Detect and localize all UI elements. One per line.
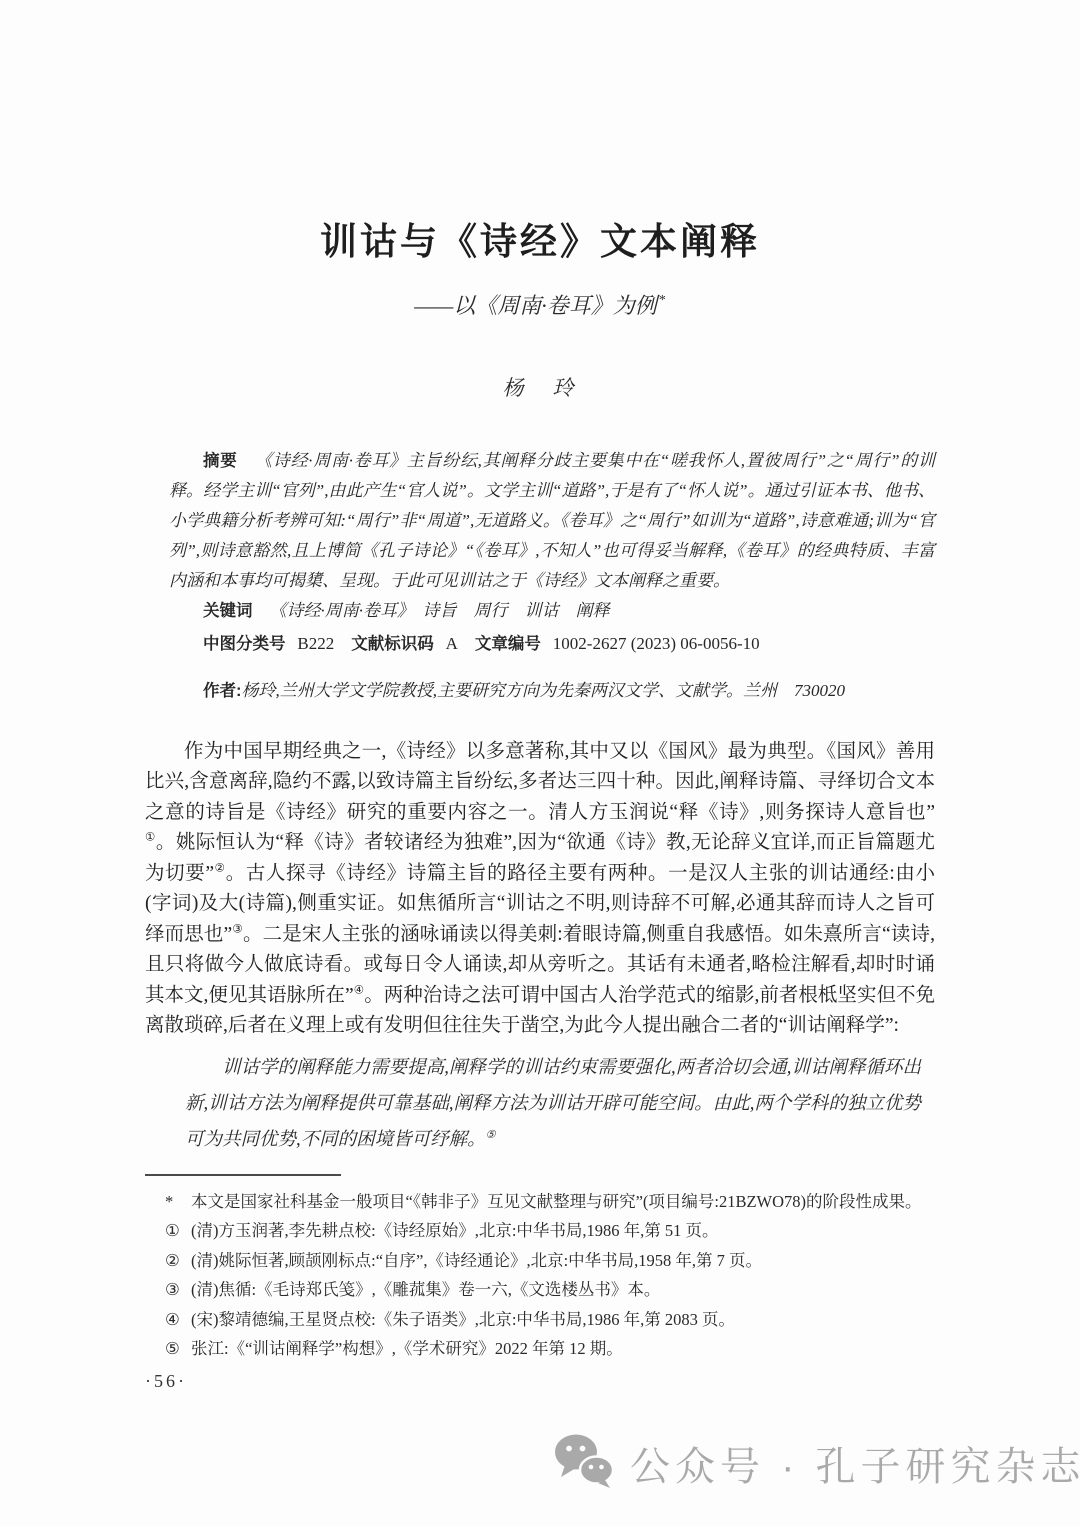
article-no-label: 文章编号 [475, 635, 541, 653]
keywords-text: 《诗经·周南·卷耳》 诗旨 周行 训诂 阐释 [270, 601, 610, 620]
clc-label: 中图分类号 [203, 635, 286, 653]
footnote-text: 本文是国家社科基金一般项目“《韩非子》互见文献整理与研究”(项目编号:21BZW… [191, 1187, 935, 1217]
article-title: 训诂与《诗经》文本阐释 [145, 222, 935, 263]
footnote-marker: ③ [145, 1275, 191, 1305]
subtitle-footnote-marker: * [659, 293, 666, 308]
footnote-row: ④(宋)黎靖德编,王星贤点校:《朱子语类》,北京:中华书局,1986 年,第 2… [145, 1305, 935, 1335]
classification-line: 中图分类号B222文献标识码A文章编号1002-2627 (2023) 06-0… [169, 629, 935, 659]
footnote-marker: ⑤ [145, 1334, 191, 1364]
author-bio-label: 作者: [203, 682, 242, 700]
doc-code-label: 文献标识码 [351, 635, 434, 653]
abstract-text: 《诗经·周南·卷耳》主旨纷纭,其阐释分歧主要集中在“嗟我怀人,置彼周行”之“周行… [169, 451, 935, 590]
article-subtitle: ——以《周南·卷耳》为例* [145, 289, 935, 320]
footnote-marker: ① [145, 1216, 191, 1246]
doc-code-value: A [446, 634, 458, 653]
subtitle-text: ——以《周南·卷耳》为例 [414, 293, 657, 318]
footnote-row: ③(清)焦循:《毛诗郑氏笺》,《雕菰集》卷一六,《文选楼丛书》本。 [145, 1275, 935, 1305]
footnote-row: ⑤张江:《“训诂阐释学”构想》,《学术研究》2022 年第 12 期。 [145, 1334, 935, 1364]
footnote-row: ②(清)姚际恒著,顾颉刚标点:“自序”,《诗经通论》,北京:中华书局,1958 … [145, 1246, 935, 1276]
keywords-line: 关键词《诗经·周南·卷耳》 诗旨 周行 训诂 阐释 [169, 596, 935, 626]
footnote-text: (清)方玉润著,李先耕点校:《诗经原始》,北京:中华书局,1986 年,第 51… [191, 1216, 935, 1246]
author-bio-text: 杨玲,兰州大学文学院教授,主要研究方向为先秦两汉文学、文献学。兰州 730020 [242, 681, 846, 700]
paper-page: 训诂与《诗经》文本阐释 ——以《周南·卷耳》为例* 杨 玲 摘要《诗经·周南·卷… [0, 0, 1080, 1526]
footnote-marker: ② [145, 1246, 191, 1276]
keywords-label: 关键词 [203, 602, 253, 620]
clc-value: B222 [297, 634, 334, 653]
footnote-text: (清)焦循:《毛诗郑氏笺》,《雕菰集》卷一六,《文选楼丛书》本。 [191, 1275, 935, 1305]
meta-block: 摘要《诗经·周南·卷耳》主旨纷纭,其阐释分歧主要集中在“嗟我怀人,置彼周行”之“… [169, 446, 935, 706]
watermark: 公众号 · 孔子研究杂志 [552, 1432, 1080, 1495]
body-paragraph: 作为中国早期经典之一,《诗经》以多意著称,其中又以《国风》最为典型。《国风》善用… [145, 737, 935, 1042]
footnote-text: (清)姚际恒著,顾颉刚标点:“自序”,《诗经通论》,北京:中华书局,1958 年… [191, 1246, 935, 1276]
footnote-text: 张江:《“训诂阐释学”构想》,《学术研究》2022 年第 12 期。 [191, 1334, 935, 1364]
article-no-value: 1002-2627 (2023) 06-0056-10 [553, 634, 760, 653]
footnote-marker: ④ [145, 1305, 191, 1335]
author-bio-line: 作者:杨玲,兰州大学文学院教授,主要研究方向为先秦两汉文学、文献学。兰州 730… [169, 676, 935, 706]
author-name: 杨 玲 [145, 372, 935, 402]
wechat-icon [552, 1432, 616, 1495]
footnote-row: ①(清)方玉润著,李先耕点校:《诗经原始》,北京:中华书局,1986 年,第 5… [145, 1216, 935, 1246]
page-number: ·56· [145, 1371, 935, 1392]
watermark-text: 公众号 · 孔子研究杂志 [630, 1435, 1080, 1492]
abstract-paragraph: 摘要《诗经·周南·卷耳》主旨纷纭,其阐释分歧主要集中在“嗟我怀人,置彼周行”之“… [169, 446, 935, 596]
footnote-row: *本文是国家社科基金一般项目“《韩非子》互见文献整理与研究”(项目编号:21BZ… [145, 1187, 935, 1217]
footnote-text: (宋)黎靖德编,王星贤点校:《朱子语类》,北京:中华书局,1986 年,第 20… [191, 1305, 935, 1335]
abstract-label: 摘要 [203, 452, 237, 470]
block-quote: 训诂学的阐释能力需要提高,阐释学的训诂约束需要强化,两者洽切会通,训诂阐释循环出… [185, 1050, 921, 1158]
footnote-marker: * [145, 1187, 191, 1217]
footnote-divider [145, 1174, 341, 1176]
footnotes-block: *本文是国家社科基金一般项目“《韩非子》互见文献整理与研究”(项目编号:21BZ… [145, 1187, 935, 1364]
